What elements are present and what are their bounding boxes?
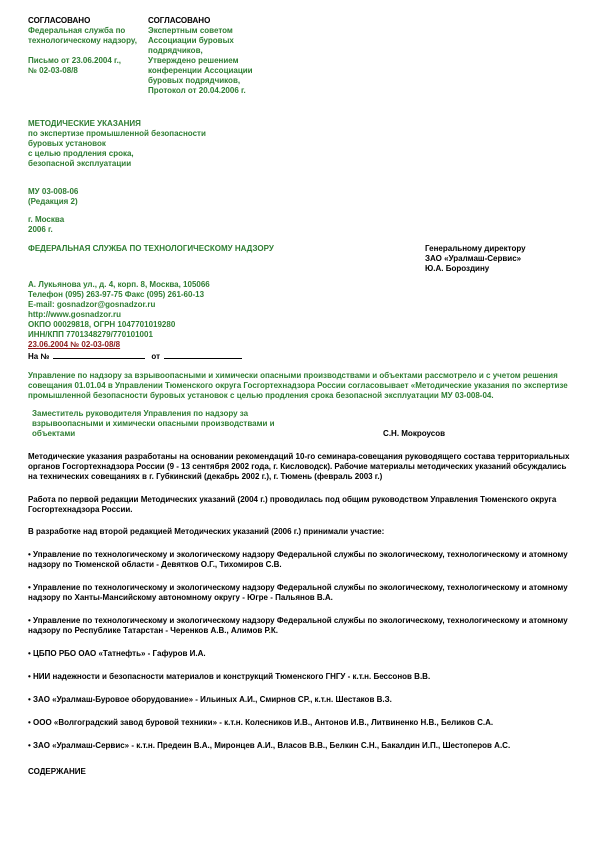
okpo-ogrn-line: ОКПО 00029818, ОГРН 1047701019280 (28, 320, 308, 330)
addressee-line: Ю.А. Бороздину (425, 264, 575, 274)
approval-left-ref-line: Письмо от 23.06.2004 г., (28, 56, 148, 66)
outgoing-ref: 23.06.2004 № 02-03-08/8 (28, 340, 308, 350)
approval-left-org-line: технологическому надзору, (28, 36, 148, 46)
inn-kpp-line: ИНН/КПП 7701348279/770101001 (28, 330, 308, 340)
signature-position: Заместитель руководителя Управления по н… (28, 409, 362, 439)
incoming-ref-date-blank (164, 350, 242, 359)
approval-right: СОГЛАСОВАНО Экспертным советом Ассоциаци… (148, 16, 318, 96)
paragraph-development: Методические указания разработаны на осн… (28, 452, 575, 482)
signature-position-line: Заместитель руководителя Управления по н… (32, 409, 362, 419)
approval-left-org-line: Федеральная служба по (28, 26, 148, 36)
phone-fax-line: Телефон (095) 263-97-75 Факс (095) 261-6… (28, 290, 308, 300)
approval-left-ref-line: № 02-03-08/8 (28, 66, 148, 76)
approval-stamps: СОГЛАСОВАНО Федеральная служба по технол… (28, 16, 575, 96)
participant-item: • НИИ надежности и безопасности материал… (28, 672, 575, 682)
approval-right-org-line: подрядчиков, (148, 46, 318, 56)
title-line: по экспертизе промышленной безопасности (28, 129, 575, 139)
approval-left: СОГЛАСОВАНО Федеральная служба по технол… (28, 16, 148, 96)
spacer (28, 46, 148, 56)
approval-right-ref-line: Утверждено решением (148, 56, 318, 66)
participant-item: • ЗАО «Уралмаш-Буровое оборудование» - И… (28, 695, 575, 705)
email-line: E-mail: gosnadzor@gosnadzor.ru (28, 300, 308, 310)
website-line: http://www.gosnadzor.ru (28, 310, 308, 320)
signature-name: С.Н. Мокроусов (383, 429, 575, 439)
approval-left-title: СОГЛАСОВАНО (28, 16, 148, 26)
approval-right-org-line: Ассоциации буровых (148, 36, 318, 46)
participant-item: • Управление по технологическому и эколо… (28, 616, 575, 636)
approval-right-org-line: Экспертным советом (148, 26, 318, 36)
incoming-ref-separator: от (151, 352, 160, 361)
paragraph-first-edition: Работа по первой редакции Методических у… (28, 495, 575, 515)
document-number: МУ 03-008-06 (Редакция 2) (28, 187, 575, 207)
signature-block: Заместитель руководителя Управления по н… (28, 409, 575, 439)
letterhead: ФЕДЕРАЛЬНАЯ СЛУЖБА ПО ТЕХНОЛОГИЧЕСКОМУ Н… (28, 244, 575, 274)
signature-position-line: взрывоопасными и химически опасными прои… (32, 419, 362, 429)
approval-paragraph: Управление по надзору за взрывоопасными … (28, 371, 575, 401)
year-line: 2006 г. (28, 225, 575, 235)
participant-item: • Управление по технологическому и эколо… (28, 583, 575, 603)
agency-requisites: А. Лукьянова ул., д. 4, корп. 8, Москва,… (28, 280, 308, 362)
paragraph-second-edition: В разработке над второй редакцией Методи… (28, 527, 575, 537)
addressee-block: Генеральному директору ЗАО «Уралмаш-Серв… (425, 244, 575, 274)
document-page: СОГЛАСОВАНО Федеральная служба по технол… (0, 0, 595, 842)
address-line: А. Лукьянова ул., д. 4, корп. 8, Москва,… (28, 280, 308, 290)
title-line: МЕТОДИЧЕСКИЕ УКАЗАНИЯ (28, 119, 575, 129)
approval-right-ref-line: Протокол от 20.04.2006 г. (148, 86, 318, 96)
title-line: безопасной эксплуатации (28, 159, 575, 169)
participant-item: • Управление по технологическому и эколо… (28, 550, 575, 570)
incoming-ref-line: На №от (28, 350, 308, 362)
participant-item: • ЦБПО РБО ОАО «Татнефть» - Гафуров И.А. (28, 649, 575, 659)
participant-item: • ЗАО «Уралмаш-Сервис» - к.т.н. Предеин … (28, 741, 575, 751)
doc-number-line: МУ 03-008-06 (28, 187, 575, 197)
approval-right-ref-line: конференции Ассоциации (148, 66, 318, 76)
approval-right-title: СОГЛАСОВАНО (148, 16, 318, 26)
approval-right-ref-line: буровых подрядчиков, (148, 76, 318, 86)
contents-heading: СОДЕРЖАНИЕ (28, 767, 575, 777)
incoming-ref-number-blank (53, 350, 145, 359)
participant-item: • ООО «Волгоградский завод буровой техни… (28, 718, 575, 728)
place-line: г. Москва (28, 215, 575, 225)
addressee-line: ЗАО «Уралмаш-Сервис» (425, 254, 575, 264)
agency-name: ФЕДЕРАЛЬНАЯ СЛУЖБА ПО ТЕХНОЛОГИЧЕСКОМУ Н… (28, 244, 338, 254)
place-year: г. Москва 2006 г. (28, 215, 575, 235)
addressee-line: Генеральному директору (425, 244, 575, 254)
title-line: буровых установок (28, 139, 575, 149)
title-line: с целью продления срока, (28, 149, 575, 159)
document-title: МЕТОДИЧЕСКИЕ УКАЗАНИЯ по экспертизе пром… (28, 119, 575, 169)
incoming-ref-prefix: На № (28, 352, 49, 361)
signature-position-line: объектами (32, 429, 362, 439)
doc-number-line: (Редакция 2) (28, 197, 575, 207)
